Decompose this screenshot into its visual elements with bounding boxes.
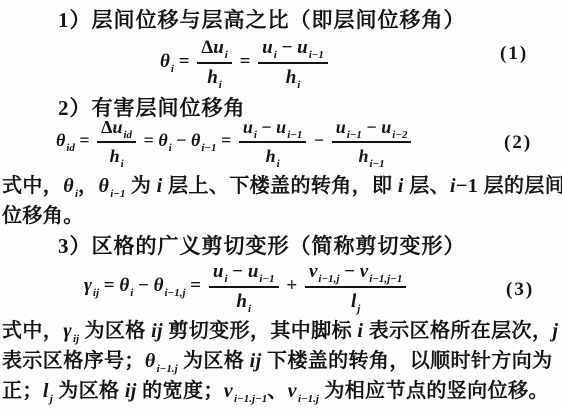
equation-1-number: (1) [500,43,528,65]
fraction: vi−1,j − vi−1,j−1lj [305,260,406,314]
paragraph-1-line-2: 位移角。 [2,203,84,229]
equation-1: θi = Δuihi = ui − ui−1hi (1) [0,34,562,92]
fraction: ui − ui−1hi [258,36,328,90]
paragraph-2-line-3: 正；lj 为区格 ij 的宽度；vi−1.j−1、vi−1.j 为相应节点的竖向… [2,378,549,404]
paragraph-2-line-2: 表示区格序号；θi−1.j 为区格 ij 下楼盖的转角，以顺时针方向为 [2,348,553,374]
equation-3-number: (3) [506,279,534,301]
equation-3-body: γij = θi − θi−1,j = ui − ui−1hi + vi−1,j… [84,258,409,314]
fraction: ui − ui−1hi [239,116,307,167]
paragraph-2-line-1: 式中，γij 为区格 ij 剪切变形，其中脚标 i 表示区格所在层次，j [2,318,558,344]
item-1-heading: 1）层间位移与层高之比（即层间位移角） [58,4,466,34]
equation-2: θid = Δuidhi = θi − θi−1 = ui − ui−1hi −… [0,112,562,170]
fraction: Δuihi [197,36,232,90]
equation-2-number: (2) [504,132,532,154]
item-3-heading: 3）区格的广义剪切变形（简称剪切变形） [58,230,466,260]
paragraph-1-line-1: 式中，θi，θi−1 为 i 层上、下楼盖的转角，即 i 层、i−1 层的层间 [2,173,562,199]
equation-2-body: θid = Δuidhi = θi − θi−1 = ui − ui−1hi −… [56,112,414,168]
equation-1-body: θi = Δuihi = ui − ui−1hi [160,34,331,90]
fraction: Δuidhi [97,116,136,167]
fraction: ui − ui−1hi [209,260,279,314]
document-page: { "page": { "background": "#fdfdfb", "te… [0,0,562,410]
equation-3: γij = θi − θi−1,j = ui − ui−1hi + vi−1,j… [0,258,562,316]
fraction: ui−1 − ui−2hi−1 [332,116,412,167]
